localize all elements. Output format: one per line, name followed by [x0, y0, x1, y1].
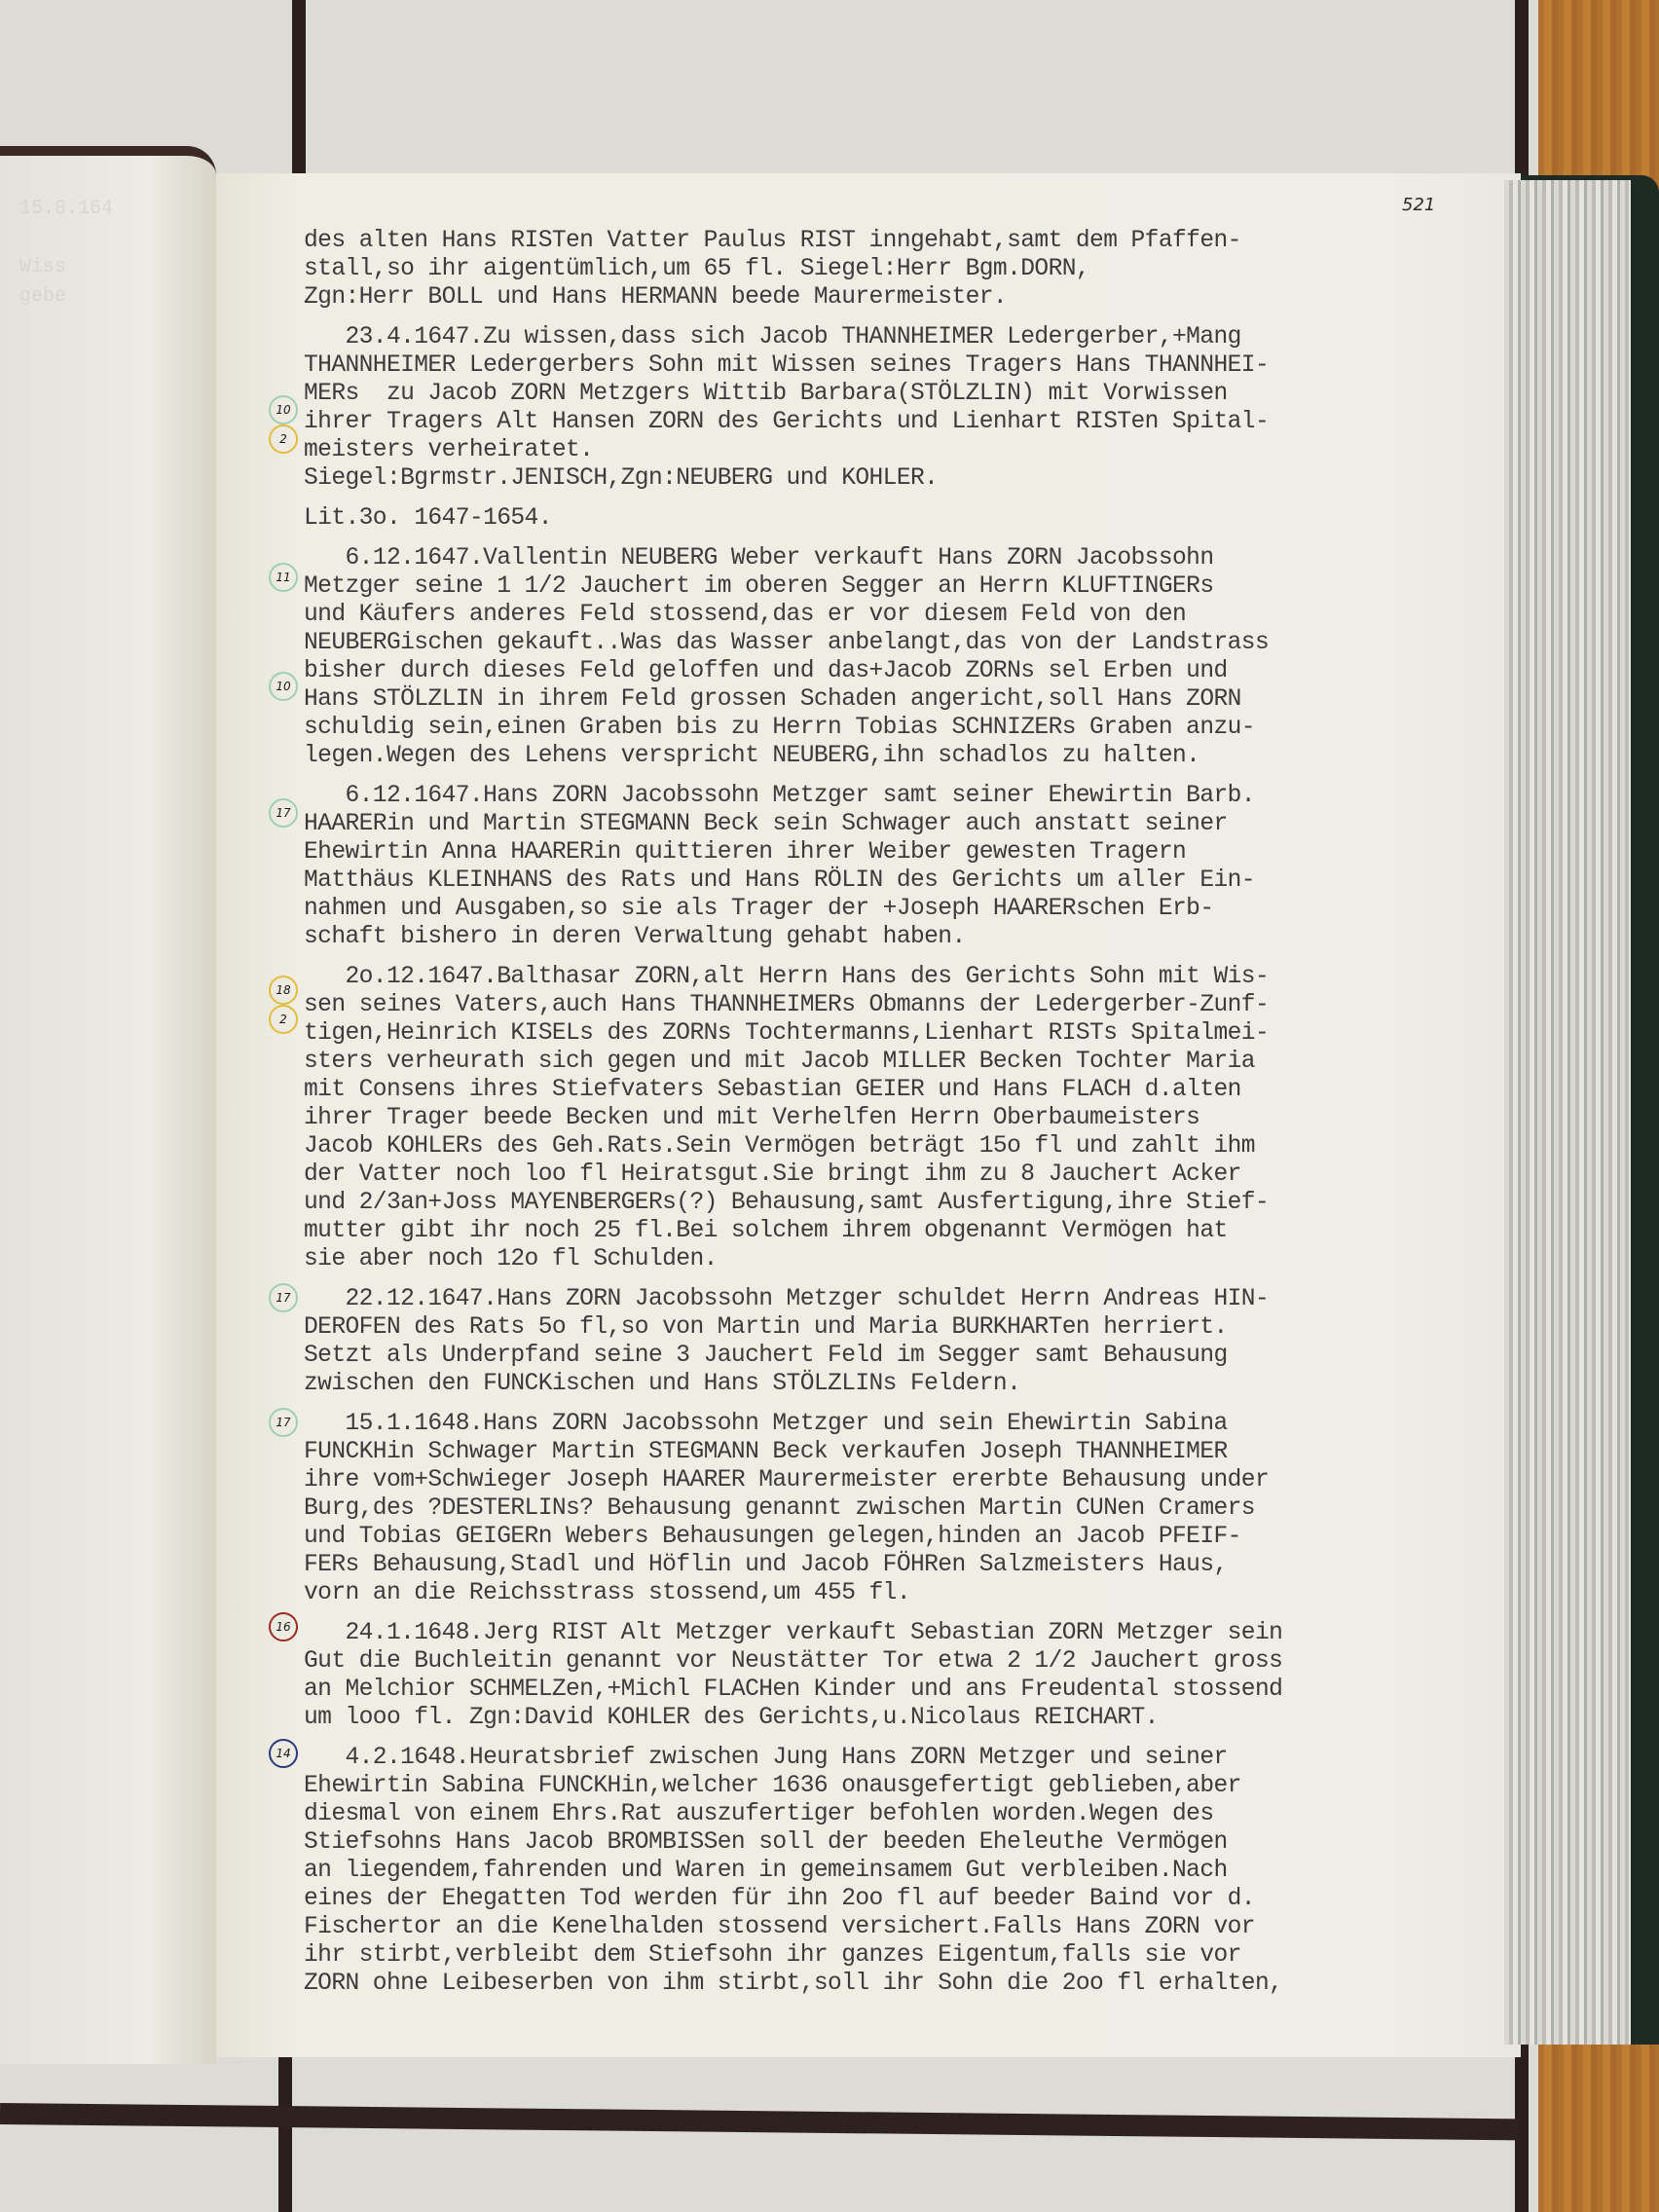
- text-line: MERs zu Jacob ZORN Metzgers Wittib Barba…: [304, 380, 1511, 408]
- text-line: und 2/3an+Joss MAYENBERGERs(?) Behausung…: [304, 1189, 1511, 1217]
- margin-circled-number: 16: [269, 1612, 298, 1641]
- record-entry: 23.4.1647.Zu wissen,dass sich Jacob THAN…: [304, 323, 1511, 493]
- text-line: HAARERin und Martin STEGMANN Beck sein S…: [304, 810, 1511, 838]
- text-line: 23.4.1647.Zu wissen,dass sich Jacob THAN…: [304, 323, 1511, 351]
- text-line: nahmen und Ausgaben,so sie als Trager de…: [304, 895, 1511, 923]
- text-line: Ehewirtin Anna HAARERin quittieren ihrer…: [304, 838, 1511, 866]
- text-line: tigen,Heinrich KISELs des ZORNs Tochterm…: [304, 1019, 1511, 1048]
- text-line: Zgn:Herr BOLL und Hans HERMANN beede Mau…: [304, 283, 1511, 312]
- margin-circled-number: 10: [269, 395, 298, 424]
- tile-grout: [292, 0, 306, 185]
- text-line: NEUBERGischen gekauft..Was das Wasser an…: [304, 629, 1511, 657]
- text-line: Stiefsohns Hans Jacob BROMBISSen soll de…: [304, 1828, 1511, 1857]
- margin-circled-number: 11: [269, 563, 298, 592]
- margin-circled-number: 17: [269, 1408, 298, 1437]
- text-line: sters verheurath sich gegen und mit Jaco…: [304, 1048, 1511, 1076]
- text-line: ihre vom+Schwieger Joseph HAARER Maurerm…: [304, 1466, 1511, 1494]
- text-line: THANNHEIMER Ledergerbers Sohn mit Wissen…: [304, 351, 1511, 380]
- text-line: mit Consens ihres Stiefvaters Sebastian …: [304, 1076, 1511, 1104]
- text-line: ihrer Trager beede Becken und mit Verhel…: [304, 1104, 1511, 1132]
- text-line: an Melchior SCHMELZen,+Michl FLACHen Kin…: [304, 1676, 1511, 1704]
- text-line: 6.12.1647.Hans ZORN Jacobssohn Metzger s…: [304, 782, 1511, 810]
- text-line: ihr stirbt,verbleibt dem Stiefsohn ihr g…: [304, 1941, 1511, 1970]
- margin-circled-number: 17: [269, 798, 298, 828]
- record-entry: 22.12.1647.Hans ZORN Jacobssohn Metzger …: [304, 1285, 1511, 1398]
- text-line: 2o.12.1647.Balthasar ZORN,alt Herrn Hans…: [304, 963, 1511, 991]
- text-line: schaft bishero in deren Verwaltung gehab…: [304, 923, 1511, 951]
- text-line: Burg,des ?DESTERLINs? Behausung genannt …: [304, 1494, 1511, 1523]
- text-line: um looo fl. Zgn:David KOHLER des Gericht…: [304, 1704, 1511, 1732]
- text-line: sen seines Vaters,auch Hans THANNHEIMERs…: [304, 991, 1511, 1019]
- text-line: 24.1.1648.Jerg RIST Alt Metzger verkauft…: [304, 1619, 1511, 1647]
- tile-grout: [278, 2054, 292, 2212]
- page-edges: [1504, 180, 1631, 2045]
- record-entry: 24.1.1648.Jerg RIST Alt Metzger verkauft…: [304, 1619, 1511, 1732]
- text-line: Fischertor an die Kenelhalden stossend v…: [304, 1913, 1511, 1941]
- text-line: meisters verheiratet.: [304, 436, 1511, 464]
- text-line: des alten Hans RISTen Vatter Paulus RIST…: [304, 227, 1511, 255]
- text-line: stall,so ihr aigentümlich,um 65 fl. Sieg…: [304, 255, 1511, 283]
- text-line: 4.2.1648.Heuratsbrief zwischen Jung Hans…: [304, 1744, 1511, 1772]
- text-line: DEROFEN des Rats 5o fl,so von Martin und…: [304, 1313, 1511, 1342]
- text-line: vorn an die Reichsstrass stossend,um 455…: [304, 1579, 1511, 1607]
- text-line: mutter gibt ihr noch 25 fl.Bei solchem i…: [304, 1217, 1511, 1245]
- record-entry: 4.2.1648.Heuratsbrief zwischen Jung Hans…: [304, 1744, 1511, 1998]
- margin-circled-number: 2: [269, 1005, 298, 1034]
- text-line: Setzt als Underpfand seine 3 Jauchert Fe…: [304, 1342, 1511, 1370]
- text-line: FUNCKHin Schwager Martin STEGMANN Beck v…: [304, 1438, 1511, 1466]
- text-line: zwischen den FUNCKischen und Hans STÖLZL…: [304, 1370, 1511, 1398]
- text-line: und Käufers anderes Feld stossend,das er…: [304, 601, 1511, 629]
- text-line: Ehewirtin Sabina FUNCKHin,welcher 1636 o…: [304, 1772, 1511, 1800]
- record-entry: des alten Hans RISTen Vatter Paulus RIST…: [304, 227, 1511, 312]
- text-line: 6.12.1647.Vallentin NEUBERG Weber verkau…: [304, 544, 1511, 572]
- left-page: 15.8.164 Wiss gebe: [0, 146, 216, 2064]
- text-line: ZORN ohne Leibeserben von ihm stirbt,sol…: [304, 1970, 1511, 1998]
- text-line: 22.12.1647.Hans ZORN Jacobssohn Metzger …: [304, 1285, 1511, 1313]
- text-line: sie aber noch 12o fl Schulden.: [304, 1245, 1511, 1273]
- record-entry: Lit.3o. 1647-1654.: [304, 504, 1511, 533]
- text-line: Gut die Buchleitin genannt vor Neustätte…: [304, 1647, 1511, 1676]
- text-line: der Vatter noch loo fl Heiratsgut.Sie br…: [304, 1161, 1511, 1189]
- page-number: 521: [1402, 195, 1435, 215]
- margin-circled-number: 14: [269, 1739, 298, 1768]
- text-line: Lit.3o. 1647-1654.: [304, 504, 1511, 533]
- record-entry: 6.12.1647.Vallentin NEUBERG Weber verkau…: [304, 544, 1511, 770]
- text-line: Matthäus KLEINHANS des Rats und Hans RÖL…: [304, 866, 1511, 895]
- margin-circled-number: 10: [269, 672, 298, 701]
- margin-circled-number: 17: [269, 1283, 298, 1312]
- left-page-bleed-text: 15.8.164 Wiss gebe: [19, 195, 204, 312]
- text-line: schuldig sein,einen Graben bis zu Herrn …: [304, 714, 1511, 742]
- text-line: legen.Wegen des Lehens verspricht NEUBER…: [304, 742, 1511, 770]
- text-line: ihrer Tragers Alt Hansen ZORN des Gerich…: [304, 408, 1511, 436]
- text-line: 15.1.1648.Hans ZORN Jacobssohn Metzger u…: [304, 1410, 1511, 1438]
- typewritten-text: des alten Hans RISTen Vatter Paulus RIST…: [304, 227, 1511, 2009]
- text-line: FERs Behausung,Stadl und Höflin und Jaco…: [304, 1551, 1511, 1579]
- record-entry: 15.1.1648.Hans ZORN Jacobssohn Metzger u…: [304, 1410, 1511, 1607]
- margin-circled-number: 18: [269, 976, 298, 1005]
- record-entry: 6.12.1647.Hans ZORN Jacobssohn Metzger s…: [304, 782, 1511, 951]
- text-line: und Tobias GEIGERn Webers Behausungen ge…: [304, 1523, 1511, 1551]
- text-line: Jacob KOHLERs des Geh.Rats.Sein Vermögen…: [304, 1132, 1511, 1161]
- margin-circled-number: 2: [269, 424, 298, 454]
- text-line: an liegendem,fahrenden und Waren in geme…: [304, 1857, 1511, 1885]
- text-line: diesmal von einem Ehrs.Rat auszufertiger…: [304, 1800, 1511, 1828]
- record-entry: 2o.12.1647.Balthasar ZORN,alt Herrn Hans…: [304, 963, 1511, 1273]
- text-line: Metzger seine 1 1/2 Jauchert im oberen S…: [304, 572, 1511, 601]
- text-line: bisher durch dieses Feld geloffen und da…: [304, 657, 1511, 685]
- text-line: Hans STÖLZLIN in ihrem Feld grossen Scha…: [304, 685, 1511, 714]
- text-line: eines der Ehegatten Tod werden für ihn 2…: [304, 1885, 1511, 1913]
- text-line: Siegel:Bgrmstr.JENISCH,Zgn:NEUBERG und K…: [304, 464, 1511, 493]
